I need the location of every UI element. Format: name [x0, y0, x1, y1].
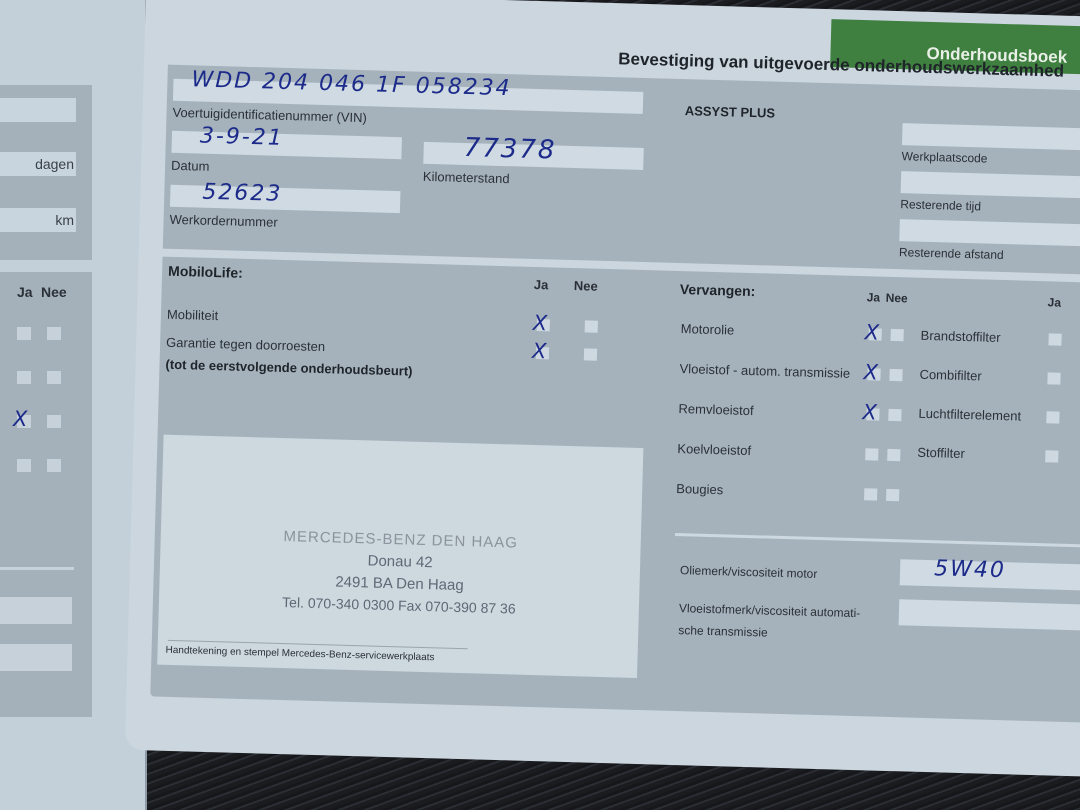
mobilolife-title: MobiloLife:	[168, 263, 243, 281]
werkplaatscode-field[interactable]	[902, 123, 1080, 151]
left-field-km: km	[0, 208, 76, 232]
mobilolife-item-label: Garantie tegen doorroesten	[166, 335, 325, 354]
stamp-area: MERCEDES-BENZ DEN HAAG Donau 42 2491 BA …	[157, 435, 643, 678]
left-checkbox-nee[interactable]	[47, 459, 61, 472]
mobilolife-note: (tot de eerstvolgende onderhoudsbeurt)	[165, 357, 412, 379]
vin-label: Voertuigidentificatienummer (VIN)	[172, 105, 367, 125]
oil-trans-label-2: sche transmissie	[678, 623, 768, 639]
vervangen-item-label: Motorolie	[681, 321, 735, 337]
left-field-dagen: dagen	[0, 152, 76, 176]
resterende-afstand-label: Resterende afstand	[899, 245, 1004, 262]
vehicle-info-panel: WDD 204 046 1F 058234 Voertuigidentifica…	[163, 65, 1080, 276]
vervangen-right-col-ja: Ja	[1047, 295, 1061, 309]
mobilolife-item-label: Mobiliteit	[167, 307, 219, 323]
vervangen-right-checkbox-ja[interactable]	[1045, 450, 1058, 462]
vervangen-right-checkbox-ja[interactable]	[1048, 333, 1061, 345]
right-page: Onderhoudsboek Bevestiging van uitgevoer…	[125, 0, 1080, 777]
vervangen-checkbox-nee[interactable]	[887, 449, 900, 461]
mobilolife-checkbox-nee[interactable]	[584, 348, 597, 360]
check-mark-icon: X	[864, 322, 879, 343]
check-mark-icon: X	[863, 362, 878, 383]
mobilolife-col-nee: Nee	[574, 278, 598, 294]
mobilolife-col-ja: Ja	[534, 277, 549, 292]
left-divider	[0, 567, 74, 570]
left-field-1	[0, 98, 76, 122]
vervangen-checkbox-nee[interactable]	[889, 369, 902, 381]
vervangen-checkbox-nee[interactable]	[890, 329, 903, 341]
vervangen-item-label: Koelvloeistof	[677, 441, 751, 458]
mobilolife-checkbox-nee[interactable]	[585, 320, 598, 332]
oil-trans-label-1: Vloeistofmerk/viscositeit automati-	[679, 601, 861, 620]
vervangen-checkbox-nee[interactable]	[888, 409, 901, 421]
datum-value: 3-9-21	[200, 124, 285, 151]
kilometerstand-value: 77378	[463, 133, 557, 166]
vervangen-item-label: Vloeistof - autom. transmissie	[679, 361, 850, 381]
left-page: dagen km Ja Nee X	[0, 0, 147, 810]
left-col-nee: Nee	[41, 284, 67, 300]
left-checkbox-nee[interactable]	[47, 327, 61, 340]
left-col-ja: Ja	[17, 284, 33, 300]
left-checkbox-ja[interactable]	[17, 371, 31, 384]
vervangen-checkbox-ja[interactable]	[865, 448, 878, 460]
left-checkbox-nee[interactable]	[47, 371, 61, 384]
datum-label: Datum	[171, 158, 210, 174]
vervangen-checkbox-ja[interactable]	[864, 488, 877, 500]
vervangen-item-label: Remvloeistof	[678, 401, 754, 418]
vervangen-title: Vervangen:	[680, 281, 756, 299]
assyst-plus-label: ASSYST PLUS	[685, 103, 776, 121]
left-field-bar-2	[0, 644, 72, 671]
oil-motor-label: Oliemerk/viscositeit motor	[680, 563, 818, 581]
vervangen-right-item-label: Combifilter	[919, 367, 982, 384]
vervangen-item-label: Bougies	[676, 481, 723, 497]
resterende-afstand-field[interactable]: km	[899, 219, 1080, 247]
werkordernummer-label: Werkordernummer	[169, 212, 278, 230]
kilometerstand-label: Kilometerstand	[423, 169, 510, 186]
resterende-tijd-label: Resterende tijd	[900, 197, 981, 213]
check-mark-icon: X	[532, 341, 547, 362]
left-checkbox-nee[interactable]	[47, 415, 61, 428]
left-field-bar-1	[0, 597, 72, 624]
vervangen-right-checkbox-ja[interactable]	[1046, 411, 1059, 423]
check-mark-icon: X	[862, 402, 877, 423]
vervangen-col-nee: Nee	[885, 291, 907, 306]
vervangen-right-item-label: Brandstoffilter	[920, 328, 1000, 345]
unit-km: km	[55, 212, 74, 228]
oil-divider	[675, 533, 1080, 548]
vervangen-right-item-label: Stoffilter	[917, 445, 965, 461]
oil-motor-value: 5W40	[934, 556, 1006, 583]
check-mark-icon: X	[13, 409, 27, 430]
signature-label: Handtekening en stempel Mercedes-Benz-se…	[165, 645, 434, 664]
werkordernummer-value: 52623	[202, 180, 283, 207]
vervangen-checkbox-nee[interactable]	[886, 489, 899, 501]
werkplaatscode-label: Werkplaatscode	[901, 149, 987, 165]
vervangen-col-ja: Ja	[867, 290, 881, 304]
unit-dagen: dagen	[35, 156, 74, 172]
oil-trans-field[interactable]	[899, 599, 1080, 631]
left-checkbox-ja[interactable]	[17, 459, 31, 472]
vervangen-right-item-label: Luchtfilterelement	[918, 406, 1021, 424]
resterende-tijd-field[interactable]: dag	[901, 171, 1080, 199]
check-mark-icon: X	[533, 313, 548, 334]
maintenance-panel: MobiloLife: Ja Nee (tot de eerstvolgende…	[150, 257, 1080, 724]
left-checkbox-ja[interactable]	[17, 327, 31, 340]
vervangen-right-checkbox-ja[interactable]	[1047, 372, 1060, 384]
